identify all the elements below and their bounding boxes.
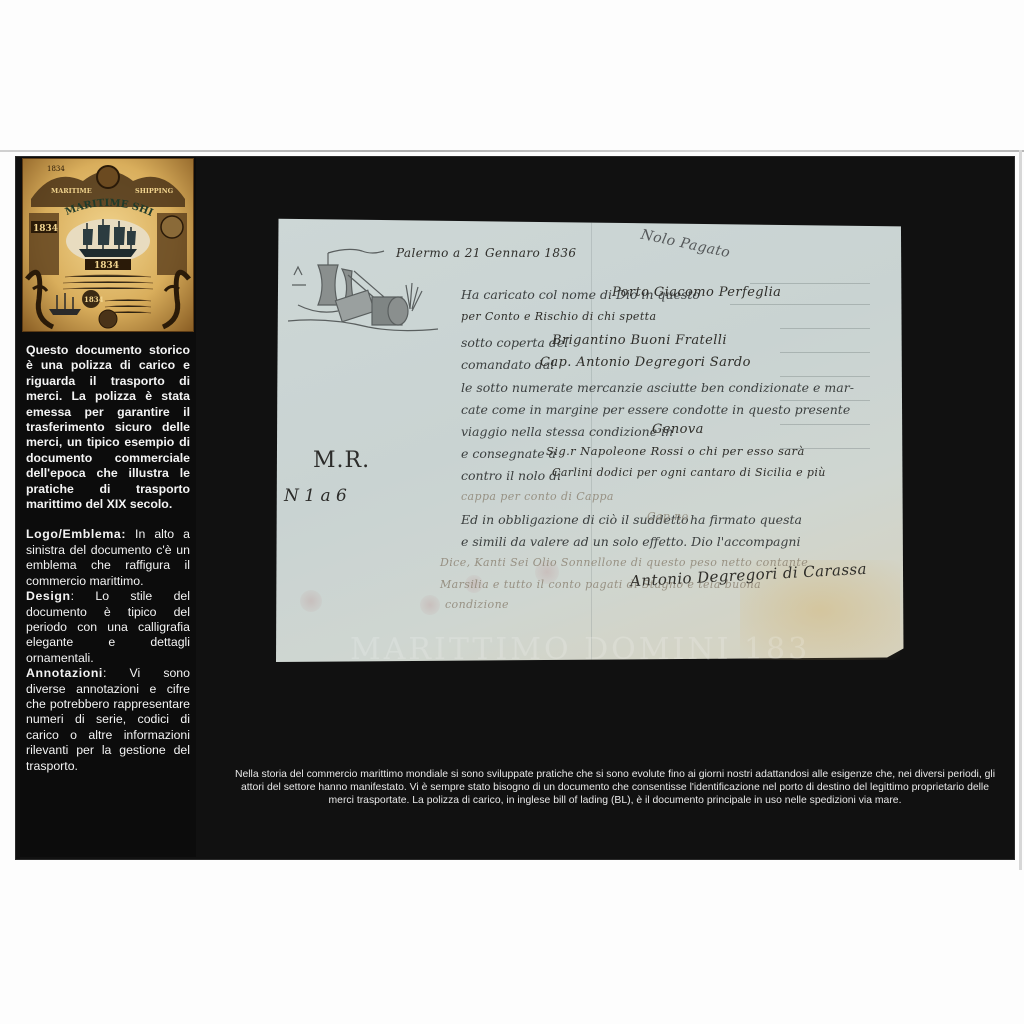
ruled-line <box>750 283 870 284</box>
description-text: Questo documento storico è una polizza d… <box>26 343 190 774</box>
svg-text:1834: 1834 <box>84 295 104 304</box>
page-edge <box>1019 150 1022 870</box>
ruled-line <box>780 400 870 401</box>
maritime-shipping-emblem: 1834 MARITIME SHIPPING MARITIME SHIPPING… <box>22 158 194 332</box>
svg-text:MARITIME: MARITIME <box>51 187 92 195</box>
ruled-line <box>730 304 870 305</box>
note-design: Design: Lo stile del documento è tipico … <box>26 589 190 666</box>
svg-text:1834: 1834 <box>94 261 119 271</box>
history-caption: Nella storia del commercio marittimo mon… <box>230 768 1000 807</box>
ruled-line <box>780 376 870 377</box>
note-logo: Logo/Emblema: In alto a sinistra del doc… <box>26 527 190 589</box>
svg-text:1834: 1834 <box>33 224 58 234</box>
ruled-line <box>780 424 870 425</box>
merchant-initials: M.R. <box>313 448 370 473</box>
svg-text:1834: 1834 <box>47 165 65 173</box>
foxing-spot <box>300 590 322 612</box>
ruled-line <box>780 328 870 329</box>
foxing-spot <box>420 595 440 615</box>
package-numbers: N 1 a 6 <box>284 486 347 506</box>
intro-paragraph: Questo documento storico è una polizza d… <box>26 343 190 512</box>
ruled-line <box>780 352 870 353</box>
place-date: Palermo a 21 Gennaro 1836 <box>396 246 576 260</box>
top-rule <box>0 150 1024 152</box>
svg-text:SHIPPING: SHIPPING <box>135 187 174 195</box>
paper-watermark: MARITTIMO DOMINI 183 <box>350 632 810 667</box>
note-annotations: Annotazioni: Vi sono diverse annotazioni… <box>26 666 190 774</box>
